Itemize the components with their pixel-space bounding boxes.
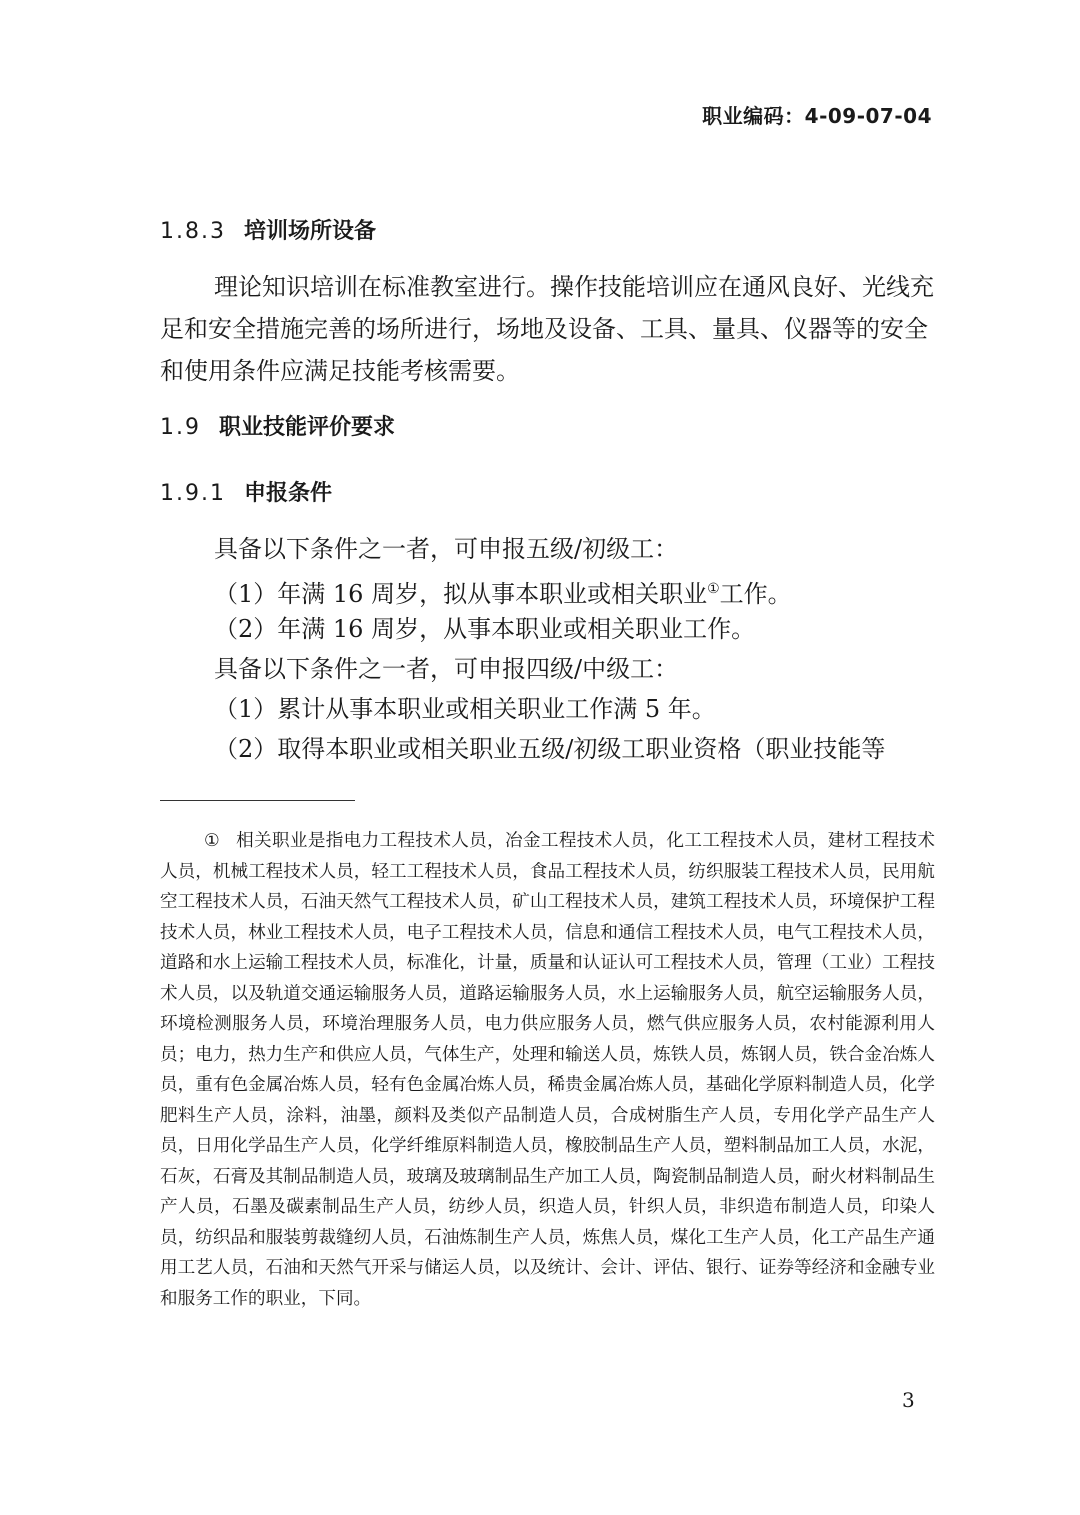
section-title: 培训场所设备: [244, 219, 376, 244]
section-heading-1-9-1: 1.9.1申报条件: [160, 476, 332, 507]
level4-item-2: （2）取得本职业或相关职业五级/初级工职业资格（职业技能等: [214, 728, 885, 770]
footnote: ①相关职业是指电力工程技术人员，冶金工程技术人员，化工工程技术人员，建材工程技术…: [160, 826, 935, 1314]
section-title: 职业技能评价要求: [219, 415, 395, 440]
level4-intro: 具备以下条件之一者，可申报四级/中级工：: [214, 648, 678, 690]
occupation-code-header: 职业编码：4-09-07-04: [702, 100, 932, 129]
level5-item-1-suffix: 工作。: [720, 580, 792, 608]
section-number: 1.8.3: [160, 219, 226, 244]
footnote-ref[interactable]: ①: [707, 581, 720, 597]
footnote-mark: ①: [204, 831, 220, 851]
level5-item-1-text: （1）年满 16 周岁，拟从事本职业或相关职业: [214, 580, 707, 608]
section-number: 1.9: [160, 415, 201, 440]
footnote-text: 相关职业是指电力工程技术人员，冶金工程技术人员，化工工程技术人员，建材工程技术人…: [160, 831, 935, 1309]
footnote-divider: [160, 800, 355, 801]
section-title: 申报条件: [244, 481, 332, 506]
level5-intro: 具备以下条件之一者，可申报五级/初级工：: [214, 528, 678, 570]
section-number: 1.9.1: [160, 481, 226, 506]
section-heading-1-8-3: 1.8.3培训场所设备: [160, 214, 376, 245]
level4-item-1: （1）累计从事本职业或相关职业工作满 5 年。: [214, 688, 716, 730]
level5-item-2: （2）年满 16 周岁，从事本职业或相关职业工作。: [214, 608, 755, 650]
page-number: 3: [902, 1388, 915, 1412]
section-heading-1-9: 1.9职业技能评价要求: [160, 410, 395, 441]
training-facilities-paragraph: 理论知识培训在标准教室进行。操作技能培训应在通风良好、光线充足和安全措施完善的场…: [160, 266, 940, 392]
